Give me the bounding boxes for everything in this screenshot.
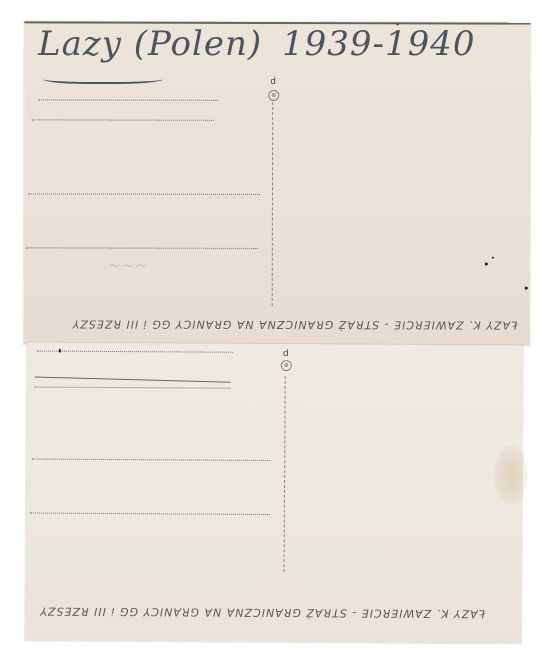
address-line [32,119,214,120]
paper-stain [494,445,528,505]
ink-speck [492,257,494,259]
upside-down-caption: ŁAZY K. ZAWIERCIE - STRAŻ GRANICZNA NA G… [39,605,485,621]
address-line [28,193,260,195]
center-divider [272,102,274,306]
handwritten-years: 1939-1940 [282,24,476,64]
postcard-top: p ⊛ ~~~ ŁAZY K. ZAWIERCIE - STRAŻ GRANIC… [24,21,531,345]
center-divider [284,376,286,572]
handwritten-country: (Polen) [134,24,262,64]
ink-speck [485,263,488,266]
postcard-bottom: p ⊛ ŁAZY K. ZAWIERCIE - STRAŻ GRANICZNA … [25,342,523,643]
address-line [37,351,233,353]
address-line [26,247,258,249]
address-line [35,387,231,389]
faint-pencil-note: ~~~ [108,256,148,275]
address-line [38,99,218,100]
ink-speck [525,287,528,290]
upside-down-caption: ŁAZY K. ZAWIERCIE - STRAŻ GRANICZNA NA G… [72,317,518,331]
handwritten-title: Lazy (Polen) 1939-1940 [38,24,476,64]
signature-flourish [42,72,166,84]
address-line [32,459,270,461]
publisher-mark: p [270,76,276,85]
handwritten-place: Lazy [38,24,122,64]
publisher-logo-icon: ⊛ [281,360,292,371]
ink-speck [59,349,61,353]
address-line [35,376,231,382]
address-line [30,513,270,515]
publisher-mark: p [283,348,289,357]
publisher-logo-icon: ⊛ [268,90,279,101]
